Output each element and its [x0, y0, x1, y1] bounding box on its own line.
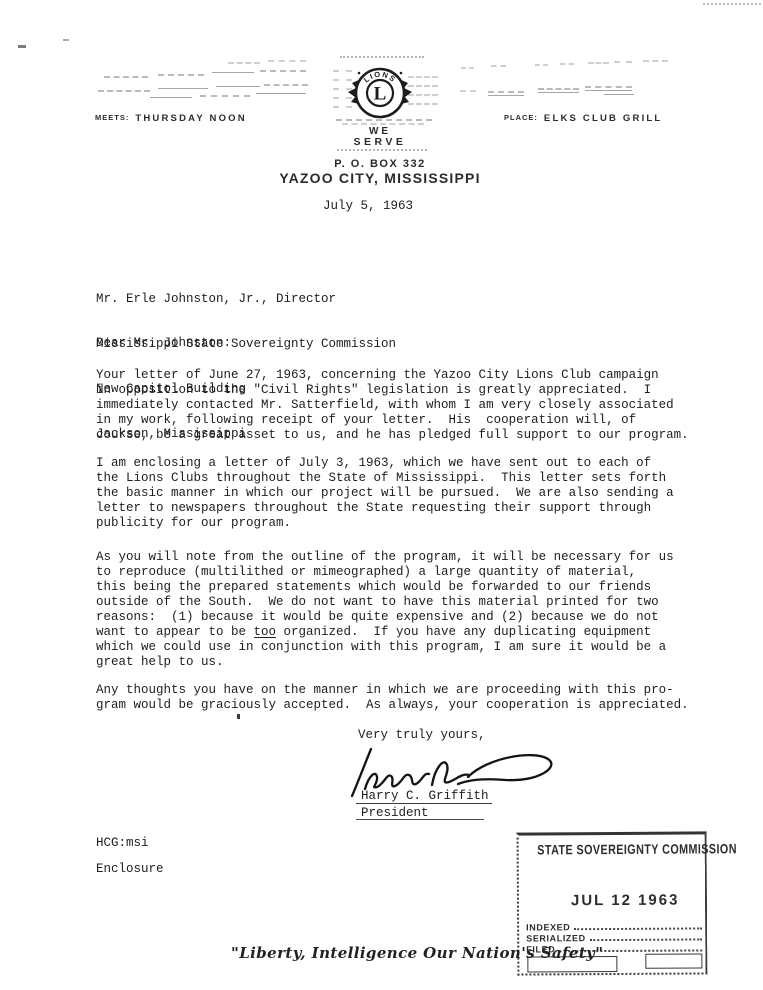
- body-paragraph-1: Your letter of June 27, 1963, concerning…: [96, 368, 689, 443]
- stamp-field-indexed: INDEXED: [526, 921, 702, 932]
- stamp-box-right: [645, 953, 702, 968]
- footer-motto: "Liberty, Intelligence Our Nation's Safe…: [231, 944, 604, 962]
- body-paragraph-4: Any thoughts you have on the manner in w…: [96, 683, 689, 713]
- too-word-underline: [254, 637, 277, 638]
- signer-title-underline: [356, 819, 484, 820]
- lions-club-emblem-icon: LIONS L: [346, 64, 414, 122]
- signer-name-underline: [356, 803, 492, 804]
- stamp-title: STATE SOVEREIGNTY COMMISSION: [537, 842, 686, 858]
- scan-artifact-top-left: [18, 45, 26, 48]
- stamp-field-indexed-leader: [574, 927, 702, 930]
- scanned-letter-page: MEETS:THURSDAY NOON PLACE:ELKS CLUB GRIL…: [0, 0, 763, 990]
- po-box-line: P. O. BOX 332: [280, 158, 480, 170]
- recipient-line-1: Mr. Erle Johnston, Jr., Director: [96, 292, 396, 307]
- scan-artifact-top-left-2: [63, 39, 69, 41]
- date-line: July 5, 1963: [323, 199, 413, 214]
- salutation: Dear Mr. Johnston:: [96, 336, 231, 351]
- closing-line: Very truly yours,: [358, 728, 486, 743]
- meets-value: THURSDAY NOON: [135, 113, 246, 124]
- typist-initials: HCG:msi: [96, 836, 149, 851]
- body-paragraph-3: As you will note from the outline of the…: [96, 550, 674, 670]
- enclosure-note: Enclosure: [96, 862, 164, 877]
- motto-serve: SERVE: [280, 136, 480, 148]
- stamp-date-received: JUL 12 1963: [571, 892, 680, 910]
- stamp-field-serialized: SERIALIZED: [526, 932, 702, 943]
- stamp-field-serialized-label: SERIALIZED: [526, 933, 586, 943]
- stamp-field-serialized-leader: [590, 938, 702, 941]
- signer-name: Harry C. Griffith: [361, 789, 489, 804]
- meets-line: MEETS:THURSDAY NOON: [95, 108, 247, 126]
- stamp-field-indexed-label: INDEXED: [526, 922, 570, 932]
- scan-artifact-top-right: [703, 3, 761, 5]
- place-label: PLACE:: [504, 113, 538, 122]
- scan-artifact-stray-dot: [237, 714, 240, 719]
- meets-label: MEETS:: [95, 113, 129, 122]
- city-line: YAZOO CITY, MISSISSIPPI: [240, 170, 520, 186]
- place-line: PLACE:ELKS CLUB GRILL: [504, 108, 662, 126]
- body-paragraph-2: I am enclosing a letter of July 3, 1963,…: [96, 456, 674, 531]
- place-value: ELKS CLUB GRILL: [544, 113, 663, 124]
- emblem-center-letter: L: [374, 84, 387, 105]
